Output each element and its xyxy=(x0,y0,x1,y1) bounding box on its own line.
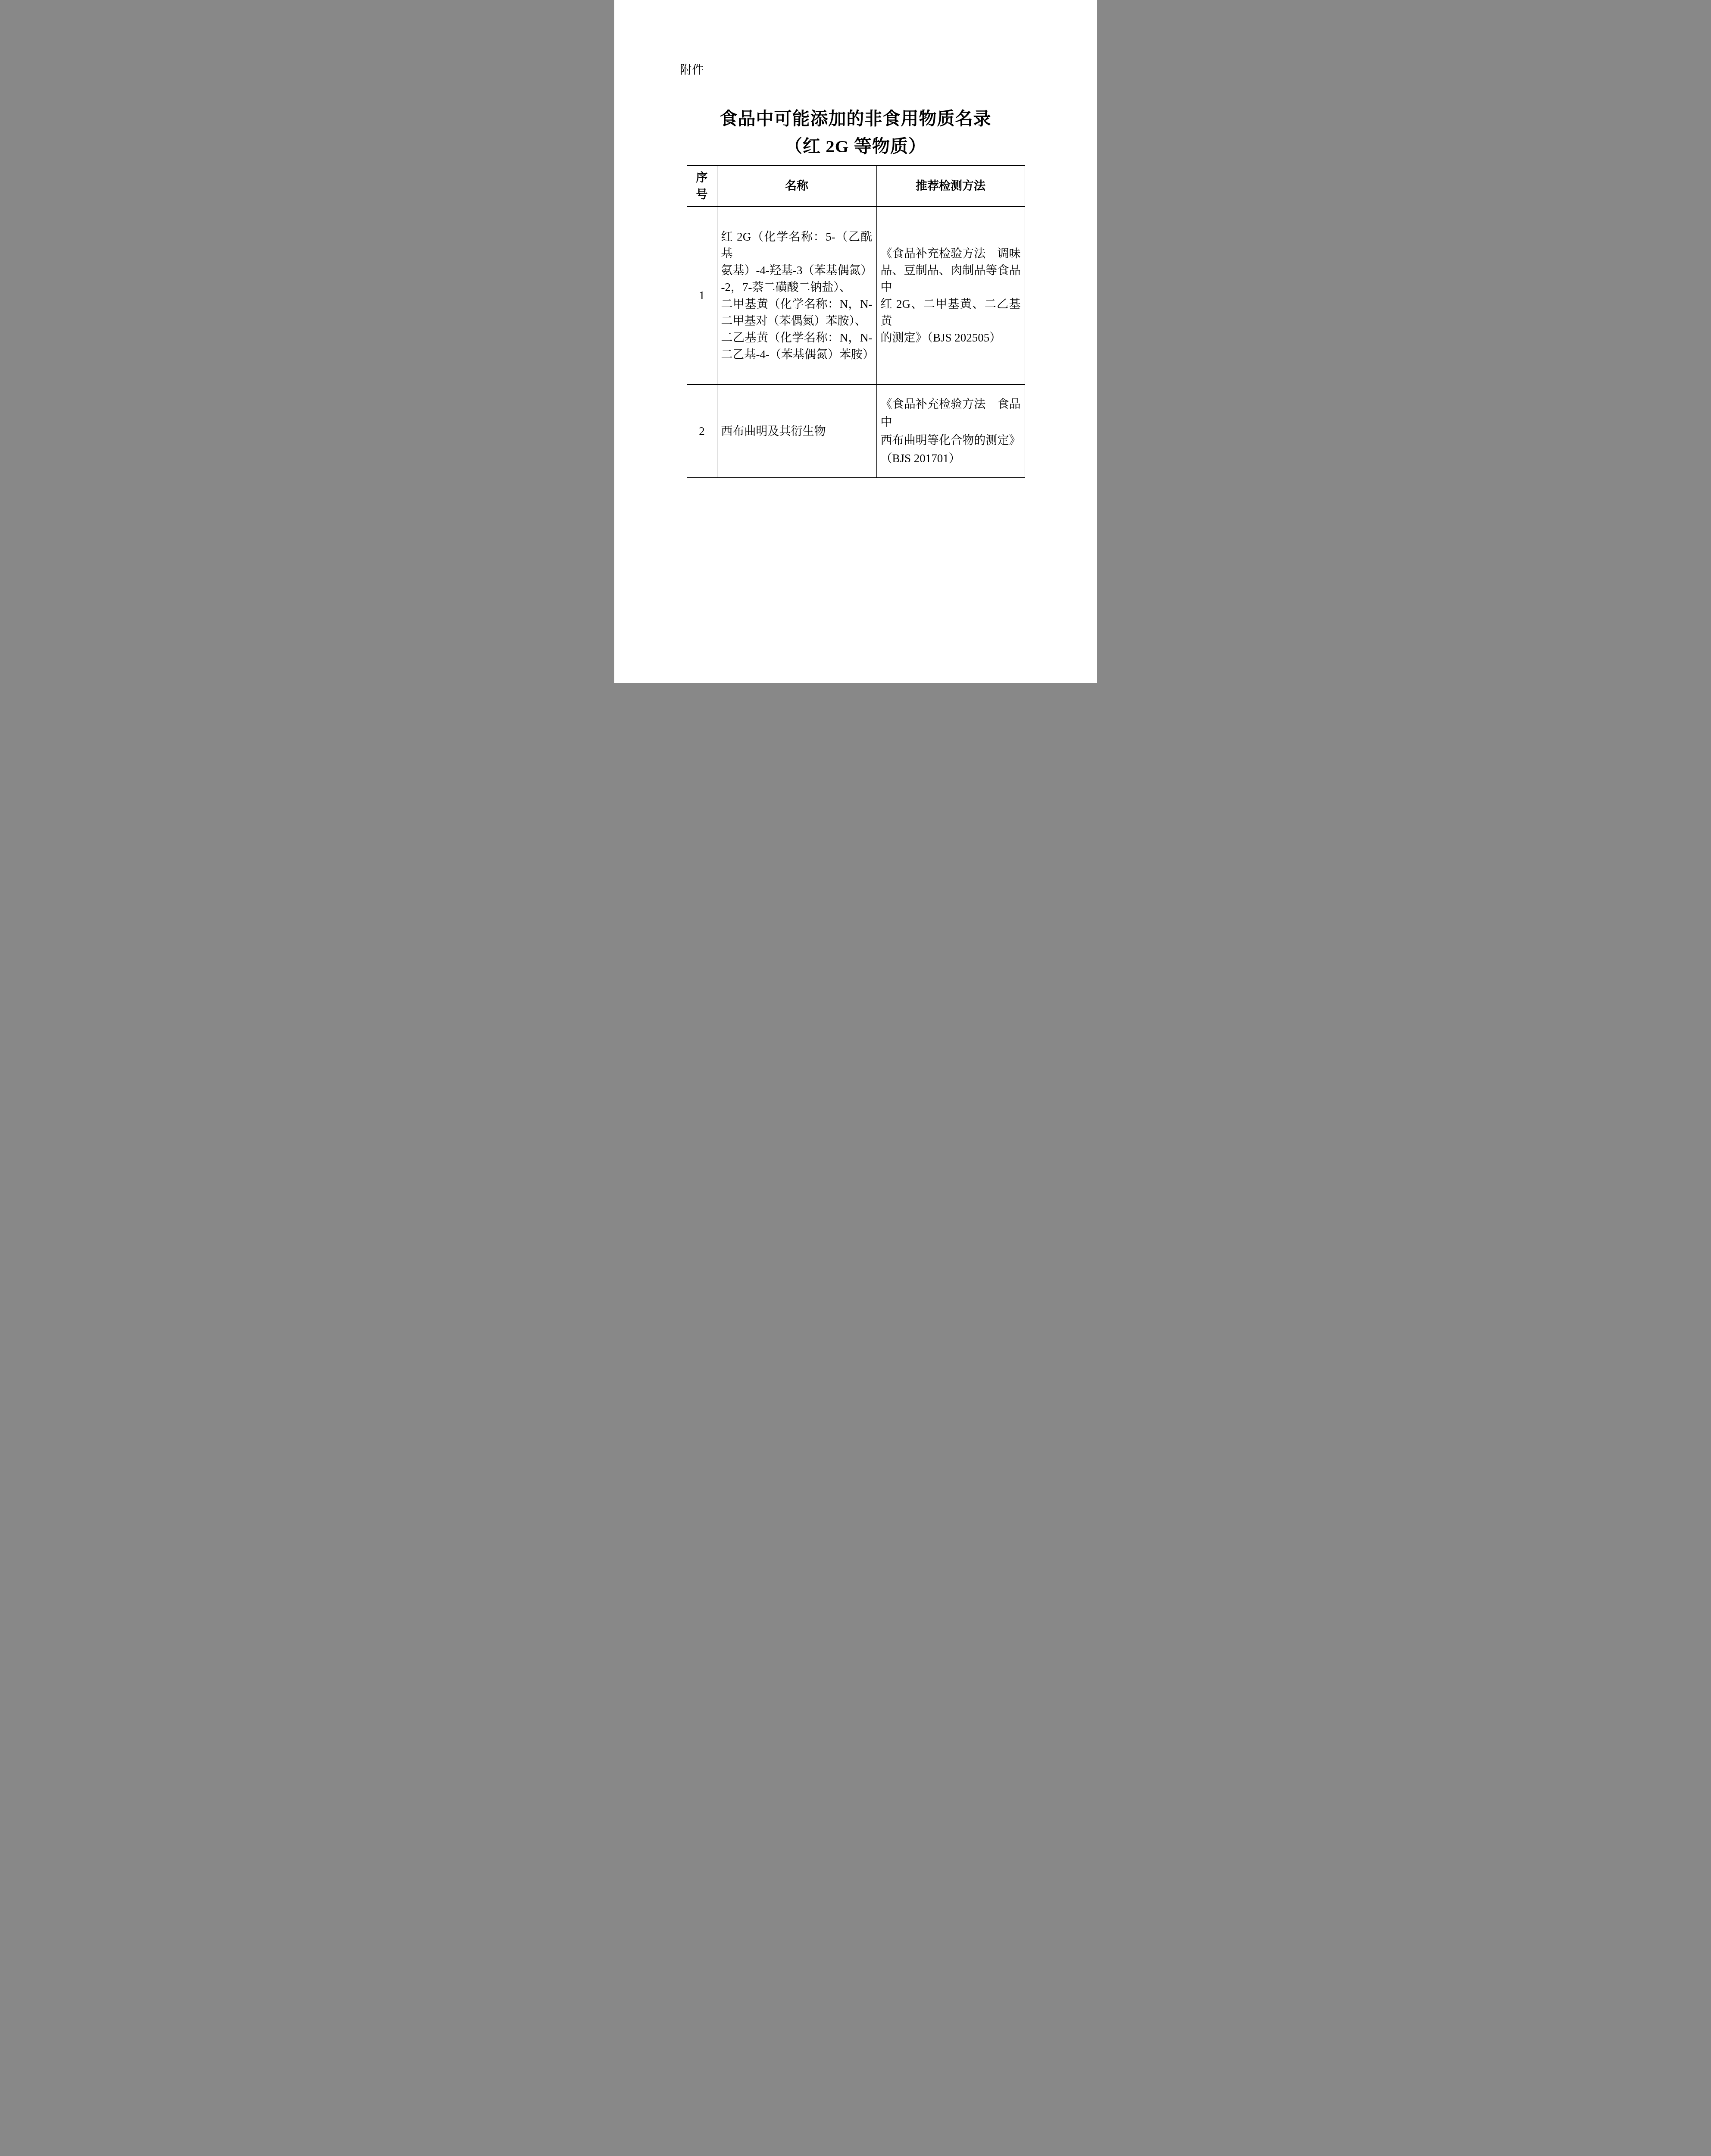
text-line: 红 2G、二甲基黄、二乙基黄 xyxy=(881,296,1021,329)
col-header-name: 名称 xyxy=(717,166,876,207)
col-header-serial-number: 序 号 xyxy=(687,166,717,207)
col-header-serial-number-line2: 号 xyxy=(687,186,717,203)
table-header-row: 序 号 名称 推荐检测方法 xyxy=(687,166,1025,207)
detection-method-cell: 《食品补充检验方法 食品中 西布曲明等化合物的测定》 （BJS 201701） xyxy=(876,385,1025,478)
detection-method-cell: 《食品补充检验方法 调味 品、豆制品、肉制品等食品中 红 2G、二甲基黄、二乙基… xyxy=(876,207,1025,385)
text-line: 《食品补充检验方法 调味 xyxy=(881,245,1021,262)
row-number: 2 xyxy=(687,385,717,478)
document-title-line1: 食品中可能添加的非食用物质名录 xyxy=(614,105,1097,132)
text-line: 《食品补充检验方法 食品中 xyxy=(881,395,1021,431)
table-row: 1 红 2G（化学名称：5-（乙酰基 氨基）-4-羟基-3（苯基偶氮） -2，7… xyxy=(687,207,1025,385)
col-header-method: 推荐检测方法 xyxy=(876,166,1025,207)
document-page: 附件 食品中可能添加的非食用物质名录 （红 2G 等物质） 序 号 名称 推荐检… xyxy=(614,0,1097,683)
row-number: 1 xyxy=(687,207,717,385)
text-line: 二乙基-4-（苯基偶氮）苯胺） xyxy=(721,346,873,363)
text-line: 二甲基对（苯偶氮）苯胺）、 xyxy=(721,313,873,329)
table-row: 2 西布曲明及其衍生物 《食品补充检验方法 食品中 西布曲明等化合物的测定》 （… xyxy=(687,385,1025,478)
text-line: 红 2G（化学名称：5-（乙酰基 xyxy=(721,229,873,262)
text-line: 的测定》（BJS 202505） xyxy=(881,329,1021,346)
substances-table: 序 号 名称 推荐检测方法 1 红 2G（化学名称：5-（乙酰基 氨基）-4-羟… xyxy=(687,165,1025,478)
text-line: （BJS 201701） xyxy=(881,449,1021,467)
substance-name-cell: 西布曲明及其衍生物 xyxy=(717,385,876,478)
text-line: -2，7-萘二磺酸二钠盐）、 xyxy=(721,279,873,296)
substance-name-cell: 红 2G（化学名称：5-（乙酰基 氨基）-4-羟基-3（苯基偶氮） -2，7-萘… xyxy=(717,207,876,385)
text-line: 氨基）-4-羟基-3（苯基偶氮） xyxy=(721,262,873,279)
text-line: 西布曲明等化合物的测定》 xyxy=(881,431,1021,449)
text-line: 二甲基黄（化学名称：N，N- xyxy=(721,296,873,313)
document-title-line2: （红 2G 等物质） xyxy=(614,132,1097,160)
col-header-serial-number-line1: 序 xyxy=(687,169,717,186)
document-title-block: 食品中可能添加的非食用物质名录 （红 2G 等物质） xyxy=(614,105,1097,160)
attachment-label: 附件 xyxy=(680,63,704,77)
text-line: 西布曲明及其衍生物 xyxy=(721,423,873,440)
text-line: 品、豆制品、肉制品等食品中 xyxy=(881,262,1021,296)
text-line: 二乙基黄（化学名称：N，N- xyxy=(721,329,873,346)
